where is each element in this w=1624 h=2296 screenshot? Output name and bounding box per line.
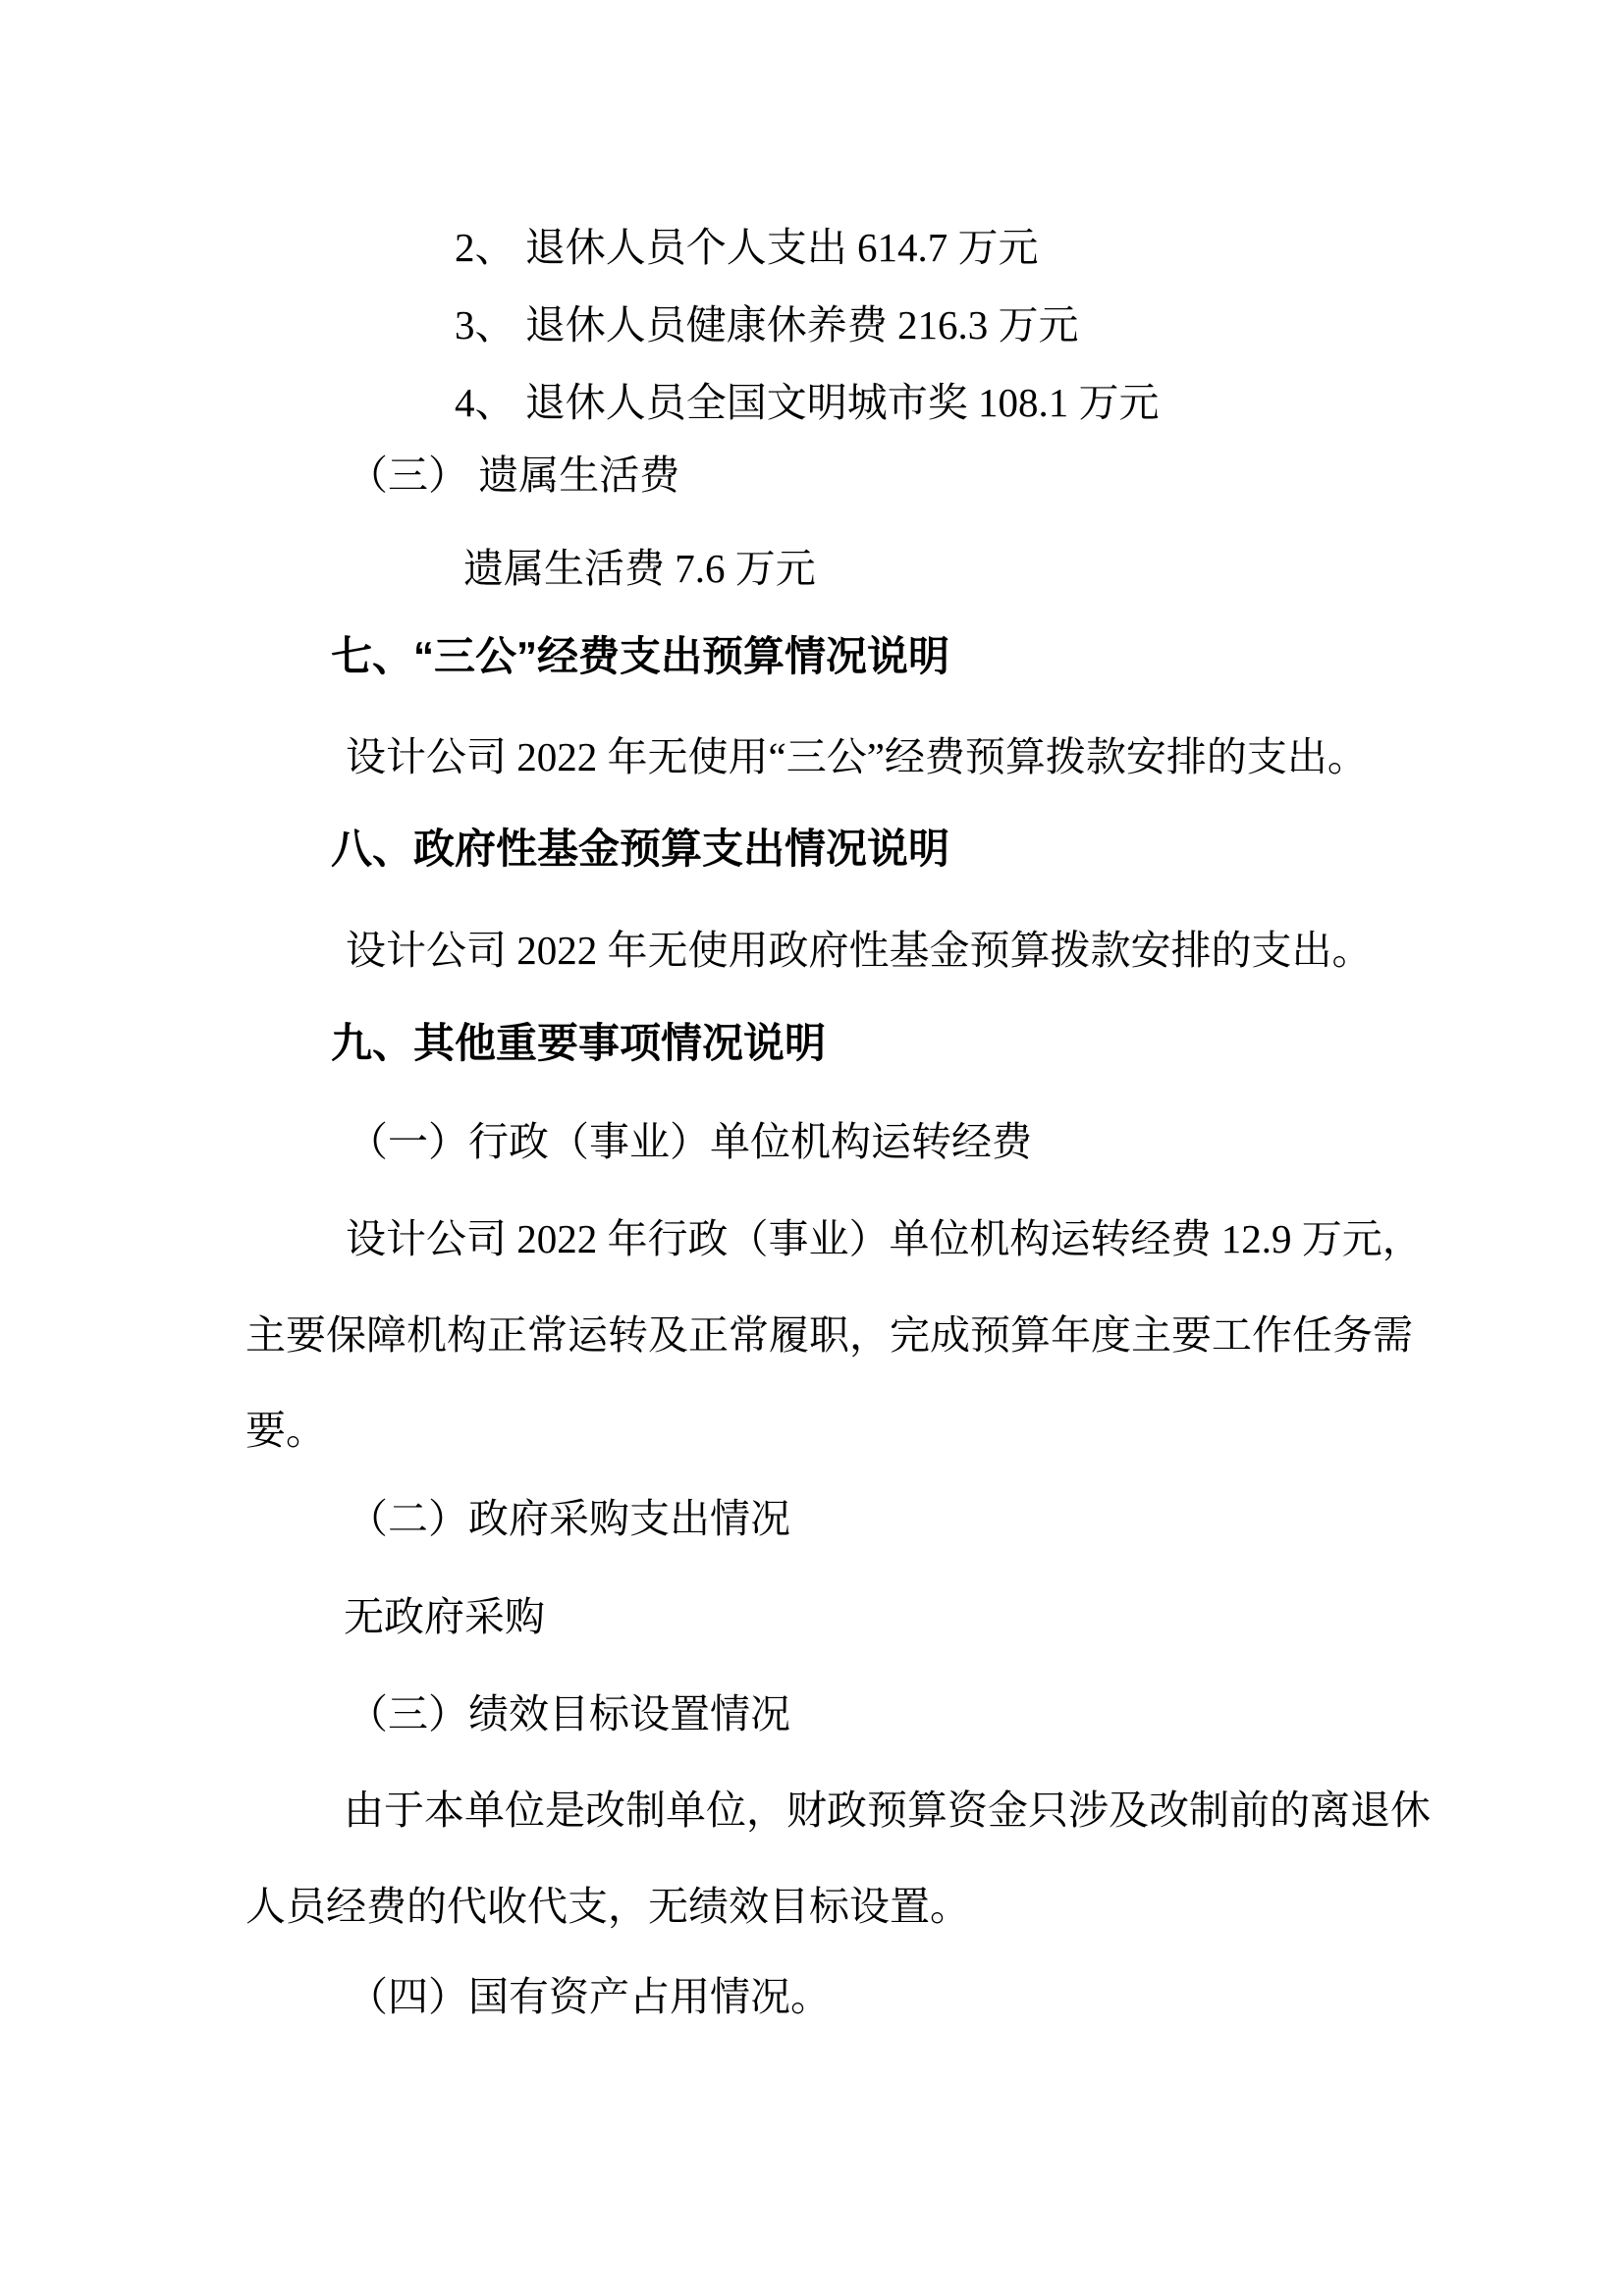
section-heading-8: 八、政府性基金预算支出情况说明 xyxy=(331,825,949,874)
paragraph-9-3-line-1: 由于本单位是改制单位，财政预算资金只涉及改制前的离退休 xyxy=(344,1786,1431,1835)
subsection-heading-survivor-allowance: （三） 遗属生活费 xyxy=(348,451,679,500)
paragraph-9-2: 无政府采购 xyxy=(344,1592,545,1641)
paragraph-9-1-line-3: 要。 xyxy=(245,1406,326,1455)
subsection-heading-9-2: （二）政府采购支出情况 xyxy=(348,1494,790,1543)
subsection-heading-9-4: （四）国有资产占用情况。 xyxy=(348,1972,831,2021)
paragraph-9-1-line-2: 主要保障机构正常运转及正常履职，完成预算年度主要工作任务需 xyxy=(245,1310,1413,1360)
list-item-3: 3、 退休人员健康休养费 216.3 万元 xyxy=(455,300,1079,349)
section-heading-7: 七、“三公”经费支出预算情况说明 xyxy=(331,632,949,681)
subsection-heading-9-1: （一）行政（事业）单位机构运转经费 xyxy=(348,1117,1032,1166)
paragraph-survivor-allowance-amount: 遗属生活费 7.6 万元 xyxy=(463,544,816,593)
paragraph-9-3-line-2: 人员经费的代收代支，无绩效目标设置。 xyxy=(245,1882,970,1931)
paragraph-9-1-line-1: 设计公司 2022 年行政（事业）单位机构运转经费 12.9 万元， xyxy=(346,1214,1423,1263)
subsection-heading-9-3: （三）绩效目标设置情况 xyxy=(348,1689,790,1738)
paragraph-section-7: 设计公司 2022 年无使用“三公”经费预算拨款安排的支出。 xyxy=(346,732,1368,781)
list-item-2: 2、 退休人员个人支出 614.7 万元 xyxy=(455,223,1039,272)
document-page: 2、 退休人员个人支出 614.7 万元 3、 退休人员健康休养费 216.3 … xyxy=(0,0,1624,2296)
section-heading-9: 九、其他重要事项情况说明 xyxy=(331,1019,826,1068)
paragraph-section-8: 设计公司 2022 年无使用政府性基金预算拨款安排的支出。 xyxy=(346,926,1373,975)
list-item-4: 4、 退休人员全国文明城市奖 108.1 万元 xyxy=(455,378,1160,427)
